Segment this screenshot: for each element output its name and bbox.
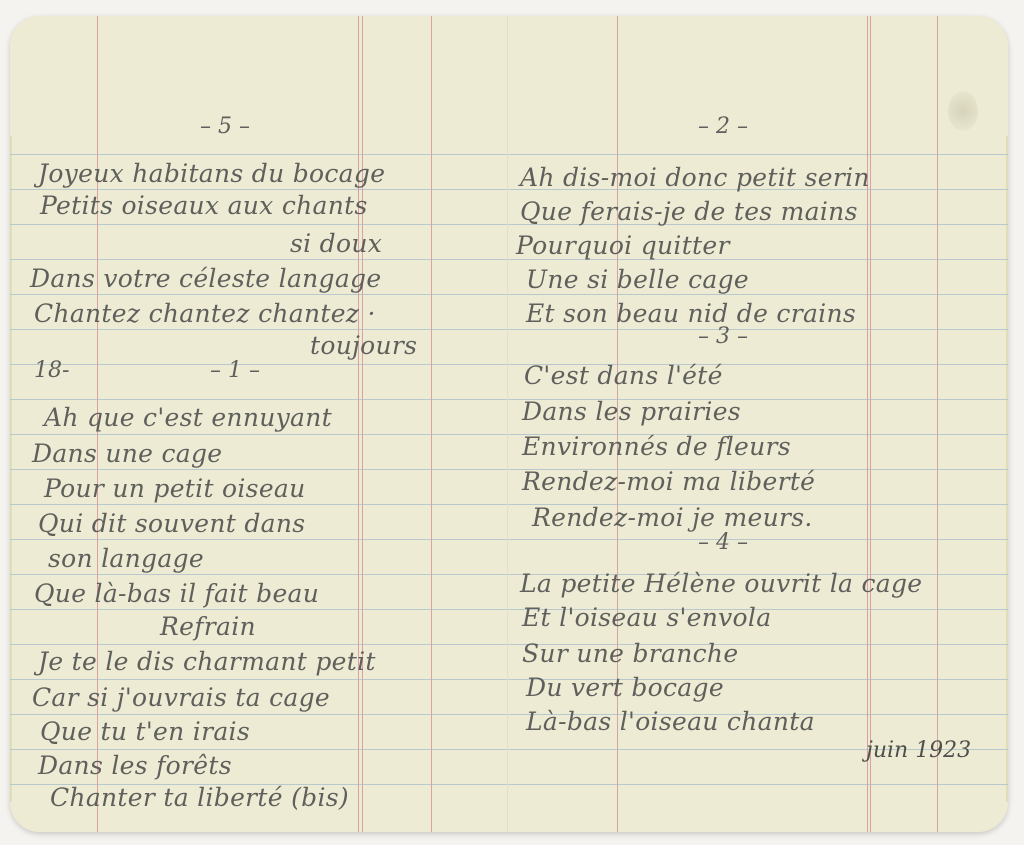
margin-line [867, 16, 868, 832]
stanza-number: – 1 – [210, 356, 260, 386]
pencil-smudge [948, 91, 978, 131]
verse-line: Petits oiseaux aux chants [40, 188, 368, 223]
verse-line: Dans une cage [32, 436, 222, 471]
verse-line: Rendez-moi je meurs. [532, 500, 813, 535]
verse-line: Là-bas l'oiseau chanta [526, 704, 815, 739]
verse-line: Car si j'ouvrais ta cage [32, 680, 330, 715]
verse-line: Ah que c'est ennuyant [44, 400, 332, 435]
verse-line: Une si belle cage [526, 262, 749, 297]
verse-line: Qui dit souvent dans [38, 506, 305, 541]
verse-line: Environnés de fleurs [522, 429, 791, 464]
verse-line: Rendez-moi ma liberté [522, 464, 815, 499]
verse-line: son langage [48, 541, 204, 576]
verse-line: Dans les forêts [38, 748, 232, 783]
margin-line [431, 16, 432, 832]
verse-line: Je te le dis charmant petit [38, 644, 376, 679]
verse-line: Et l'oiseau s'envola [522, 600, 771, 635]
stanza-number: – 4 – [698, 528, 748, 558]
page-marker: 18- [34, 356, 69, 386]
verse-line: C'est dans l'été [524, 358, 723, 393]
verse-line: Que ferais-je de tes mains [520, 194, 858, 229]
margin-line [358, 16, 359, 832]
verse-line: toujours [310, 328, 417, 363]
left-page: – 5 – Joyeux habitans du bocage Petits o… [10, 16, 507, 832]
notebook-spread: – 5 – Joyeux habitans du bocage Petits o… [10, 16, 1008, 832]
verse-line: Que tu t'en irais [40, 714, 250, 749]
refrain-label: Refrain [160, 609, 256, 644]
verse-line: Pourquoi quitter [516, 228, 730, 263]
verse-line: Que là-bas il fait beau [34, 576, 319, 611]
verse-line: Du vert bocage [526, 670, 724, 705]
stanza-number: – 2 – [698, 112, 748, 142]
verse-line: Dans votre céleste langage [30, 261, 381, 296]
verse-line: Ah dis-moi donc petit serin [520, 160, 870, 195]
verse-line: Dans les prairies [522, 394, 741, 429]
verse-line: si doux [290, 226, 382, 261]
verse-line: Pour un petit oiseau [44, 471, 306, 506]
margin-line [362, 16, 363, 832]
verse-line: La petite Hélène ouvrit la cage [520, 566, 922, 601]
verse-line: Chantez chantez chantez · [34, 296, 376, 331]
verse-line: Chanter ta liberté (bis) [50, 780, 349, 815]
stanza-number: – 5 – [200, 112, 250, 142]
stanza-number: – 3 – [698, 322, 748, 352]
margin-line [937, 16, 938, 832]
entry-date: juin 1923 [866, 738, 971, 763]
right-page: – 2 – Ah dis-moi donc petit serin Que fe… [507, 16, 1008, 832]
verse-line: Sur une branche [522, 636, 738, 671]
verse-line: Et son beau nid de crains [526, 296, 856, 331]
verse-line: Joyeux habitans du bocage [38, 156, 385, 191]
margin-line [870, 16, 871, 832]
